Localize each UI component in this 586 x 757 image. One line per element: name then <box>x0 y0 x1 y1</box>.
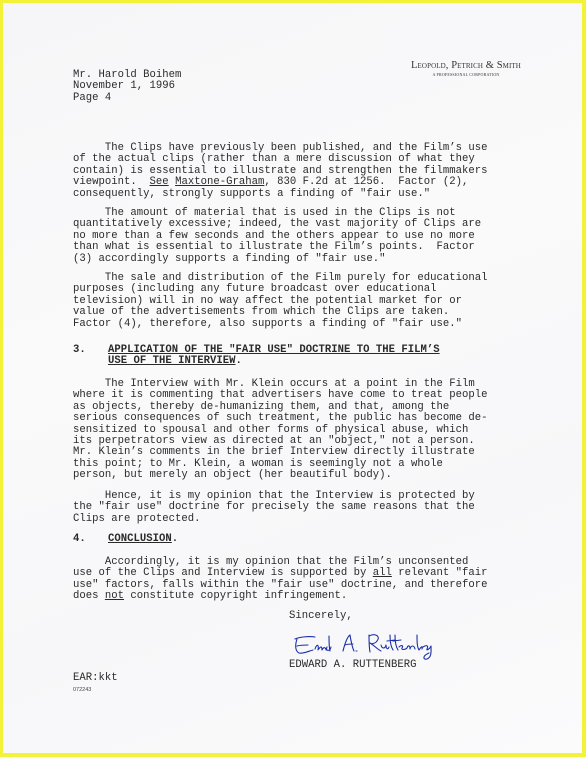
text-fragment: . <box>236 355 242 367</box>
text-line: value of the advertisements from which t… <box>73 307 488 318</box>
letterhead: Leopold, Petrich & Smith A Professional … <box>391 60 541 78</box>
text-line: does not constitute copyright infringeme… <box>73 591 488 602</box>
text-line: serious consequences of such treatment, … <box>73 413 488 424</box>
firm-subtitle: A Professional Corporation <box>391 72 541 78</box>
firm-name: Leopold, Petrich & Smith <box>391 60 541 72</box>
handwritten-signature <box>289 631 439 661</box>
text-fragment: constitute copyright infringement. <box>124 590 347 602</box>
letter-header: Mr. Harold BoihemNovember 1, 1996Page 4 <box>73 70 181 104</box>
signer-name: EDWARD A. RUTTENBERG <box>289 660 417 671</box>
case-name: Maxtone-Graham <box>175 176 264 188</box>
text-line: viewpoint. See Maxtone-Graham, 830 F.2d … <box>73 177 488 188</box>
text-line: consequently, strongly supports a findin… <box>73 189 488 200</box>
text-fragment: , 830 F.2d at 1256. Factor (2), <box>264 176 468 188</box>
text-line: (3) accordingly supports a finding of "f… <box>73 254 481 265</box>
text-line: than what is essential to illustrate the… <box>73 242 481 253</box>
typist-initials: EAR:kkt <box>73 673 118 684</box>
text-fragment: . <box>172 533 178 545</box>
section-number: 4. <box>73 534 108 545</box>
emphasis: all <box>373 567 392 579</box>
emphasis: not <box>105 590 124 602</box>
letter-page: Leopold, Petrich & Smith A Professional … <box>3 3 582 753</box>
paragraph-factor-4: The sale and distribution of the Film pu… <box>73 273 488 330</box>
closing-salutation: Sincerely, <box>289 611 353 622</box>
page-number: Page 4 <box>73 93 181 104</box>
text-line: USE OF THE INTERVIEW. <box>73 356 440 367</box>
section-heading-4: 4.CONCLUSION. <box>73 534 178 545</box>
text-line: Clips are protected. <box>73 514 475 525</box>
text-fragment: does <box>73 590 105 602</box>
text-line: Factor (4), therefore, also supports a f… <box>73 319 488 330</box>
section-title: APPLICATION OF THE "FAIR USE" DOCTRINE T… <box>108 344 440 356</box>
text-line: person, but merely an object (her beauti… <box>73 470 488 481</box>
document-number: 072243 <box>73 687 91 693</box>
paragraph-conclusion: Accordingly, it is my opinion that the F… <box>73 557 488 603</box>
paragraph-interview: The Interview with Mr. Klein occurs at a… <box>73 379 488 482</box>
text-fragment: relevant "fair <box>392 567 488 579</box>
section-title: USE OF THE INTERVIEW <box>108 355 236 367</box>
paragraph-opinion: Hence, it is my opinion that the Intervi… <box>73 491 475 525</box>
paragraph-factor-2: The Clips have previously been published… <box>73 143 488 200</box>
citation-signal: See <box>150 176 169 188</box>
section-title: CONCLUSION <box>108 533 172 545</box>
paragraph-factor-3: The amount of material that is used in t… <box>73 208 481 265</box>
section-heading-3: 3.APPLICATION OF THE "FAIR USE" DOCTRINE… <box>73 345 440 368</box>
text-fragment: use of the Clips and Interview is suppor… <box>73 567 373 579</box>
section-number: 3. <box>73 345 108 356</box>
text-fragment: viewpoint. <box>73 176 150 188</box>
